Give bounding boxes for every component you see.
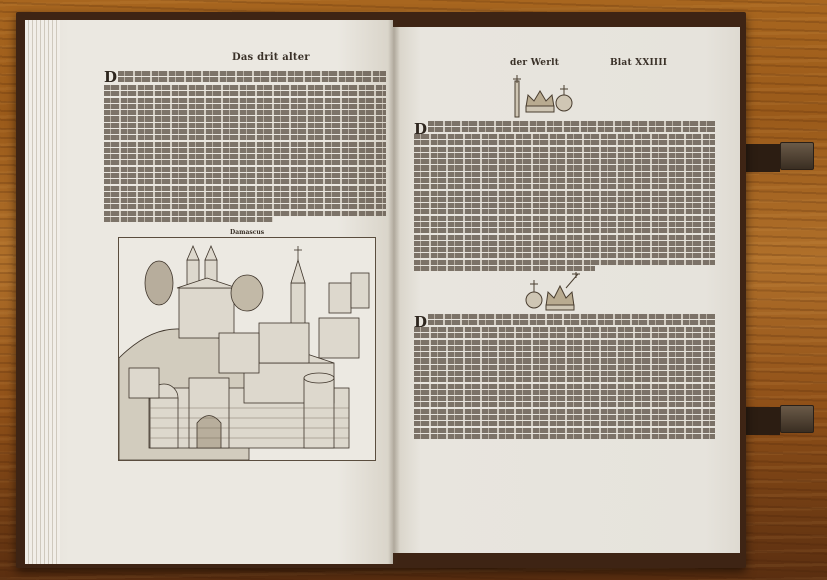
text-line (414, 216, 715, 221)
text-line (414, 147, 715, 152)
text-line (414, 346, 715, 351)
text-line (428, 314, 715, 319)
text-line (414, 340, 715, 345)
text-line (414, 172, 715, 177)
text-line (104, 167, 386, 172)
upper-clasp (780, 142, 814, 170)
text-line (104, 135, 386, 140)
text-line (414, 191, 715, 196)
text-line (414, 384, 715, 389)
text-line (414, 134, 715, 139)
text-line (104, 179, 386, 184)
text-line (104, 173, 386, 178)
text-line (414, 165, 715, 170)
text-line (104, 192, 386, 197)
upper-clasp-strap (740, 144, 780, 172)
right-section-one-text-full (414, 134, 715, 272)
text-line (104, 160, 386, 165)
text-line (104, 204, 386, 209)
text-line (414, 153, 715, 158)
gutter-shadow (388, 20, 400, 564)
right-section-two-text (428, 314, 715, 327)
text-line (104, 85, 386, 90)
text-line (414, 178, 715, 183)
right-running-head-right: Blat XXIIII (610, 58, 667, 68)
text-line (414, 371, 715, 376)
text-line (414, 184, 715, 189)
woodcut-caption: Damascus (230, 229, 264, 236)
text-line (104, 217, 273, 222)
lower-clasp-strap (740, 407, 780, 435)
text-line (414, 390, 715, 395)
text-line (414, 260, 715, 265)
text-line (414, 415, 715, 420)
text-line (414, 434, 715, 439)
text-line (104, 154, 386, 159)
text-line (414, 402, 715, 407)
text-line (414, 377, 715, 382)
right-section-two-text-full (414, 327, 715, 440)
text-line (428, 320, 715, 325)
text-line (104, 142, 386, 147)
text-line (104, 186, 386, 191)
text-line (414, 253, 715, 258)
spanish-regalia-emblem (512, 73, 574, 119)
left-running-head: Das drit alter (232, 52, 310, 63)
text-line (414, 365, 715, 370)
bohemian-regalia-emblem (522, 272, 584, 312)
text-line (104, 129, 386, 134)
text-line (118, 71, 386, 76)
text-line (414, 358, 715, 363)
text-line (104, 98, 386, 103)
text-line (414, 159, 715, 164)
text-line (414, 228, 715, 233)
text-line (414, 197, 715, 202)
text-line (414, 241, 715, 246)
text-line (414, 327, 715, 332)
text-line (414, 421, 715, 426)
text-line (104, 198, 386, 203)
text-line (414, 333, 715, 338)
text-line (414, 247, 715, 252)
text-line (104, 91, 386, 96)
right-running-head-left: der Werlt (510, 58, 559, 68)
text-line (104, 123, 386, 128)
page-edges (25, 20, 60, 564)
text-line (414, 235, 715, 240)
right-section-one-text (428, 121, 715, 134)
text-line (414, 222, 715, 227)
text-line (414, 140, 715, 145)
lower-clasp (780, 405, 814, 433)
damascus-woodcut (118, 237, 376, 461)
text-line (104, 104, 386, 109)
text-line (428, 121, 715, 126)
left-body-text-full (104, 85, 386, 223)
text-line (414, 266, 595, 271)
text-line (414, 203, 715, 208)
text-line (414, 209, 715, 214)
text-line (104, 110, 386, 115)
text-line (414, 396, 715, 401)
text-line (104, 116, 386, 121)
text-line (414, 409, 715, 414)
text-line (414, 428, 715, 433)
text-line (104, 148, 386, 153)
left-body-text (118, 71, 386, 84)
text-line (428, 127, 715, 132)
left-initial: D (104, 70, 117, 84)
text-line (414, 352, 715, 357)
text-line (118, 77, 386, 82)
text-line (104, 211, 386, 216)
